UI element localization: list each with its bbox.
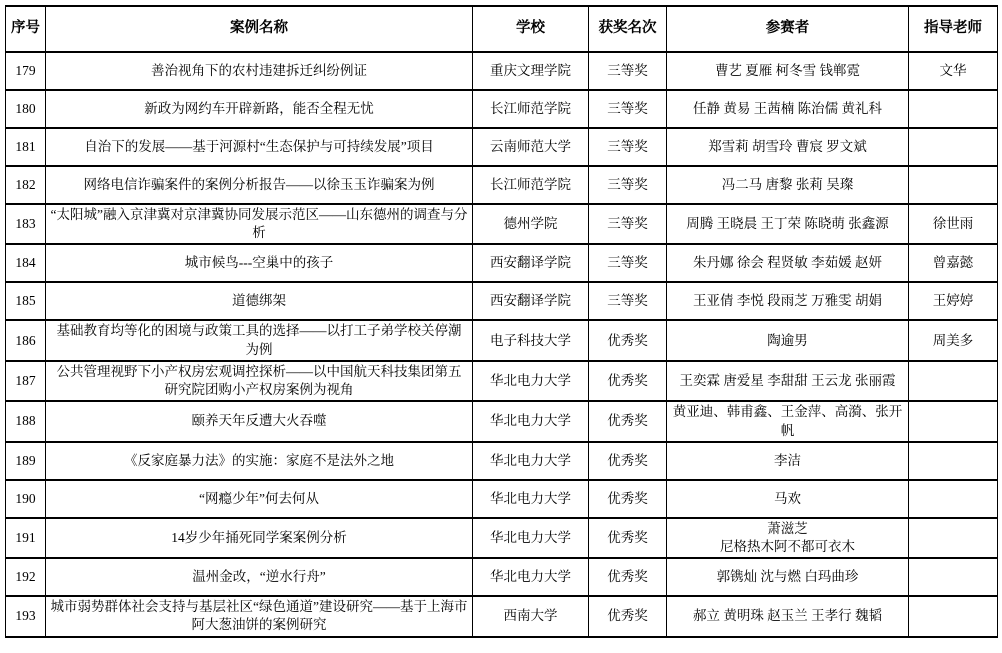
col-header-school: 学校 (473, 6, 589, 52)
cell-school: 电子科技大学 (473, 320, 589, 360)
cell-award: 三等奖 (589, 52, 667, 90)
table-body: 179 善治视角下的农村违建拆迁纠纷例证 重庆文理学院 三等奖 曹艺 夏雁 柯冬… (6, 52, 998, 637)
cell-advisor: 周美多 (909, 320, 998, 360)
table-row: 179 善治视角下的农村违建拆迁纠纷例证 重庆文理学院 三等奖 曹艺 夏雁 柯冬… (6, 52, 998, 90)
cell-award: 优秀奖 (589, 442, 667, 480)
cell-award: 优秀奖 (589, 361, 667, 401)
cell-advisor: 王婷婷 (909, 282, 998, 320)
table-row: 186 基础教育均等化的困境与政策工具的选择——以打工子弟学校关停潮为例 电子科… (6, 320, 998, 360)
cell-case-name: 基础教育均等化的困境与政策工具的选择——以打工子弟学校关停潮为例 (46, 320, 473, 360)
table-row: 184 城市候鸟---空巢中的孩子 西安翻译学院 三等奖 朱丹娜 徐会 程贤敏 … (6, 244, 998, 282)
cell-advisor (909, 128, 998, 166)
cell-advisor (909, 442, 998, 480)
cell-award: 优秀奖 (589, 558, 667, 596)
cell-award: 三等奖 (589, 282, 667, 320)
cell-index: 183 (6, 204, 46, 244)
cell-participants: 任静 黄易 王茜楠 陈治儒 黄礼科 (667, 90, 909, 128)
cell-case-name: 公共管理视野下小产权房宏观调控探析——以中国航天科技集团第五研究院团购小产权房案… (46, 361, 473, 401)
cell-case-name: 自治下的发展——基于河源村“生态保护与可持续发展”项目 (46, 128, 473, 166)
cell-index: 187 (6, 361, 46, 401)
cell-award: 优秀奖 (589, 401, 667, 441)
col-header-case-name: 案例名称 (46, 6, 473, 52)
cell-index: 189 (6, 442, 46, 480)
cell-index: 182 (6, 166, 46, 204)
cell-participants: 周腾 王晓晨 王丁荣 陈晓萌 张鑫源 (667, 204, 909, 244)
table-row: 185 道德绑架 西安翻译学院 三等奖 王亚倩 李悦 段雨芝 万雅雯 胡娟 王婷… (6, 282, 998, 320)
cell-participants: 李洁 (667, 442, 909, 480)
table-row: 180 新政为网约车开辟新路，能否全程无忧 长江师范学院 三等奖 任静 黄易 王… (6, 90, 998, 128)
cell-case-name: 颐养天年反遭大火吞噬 (46, 401, 473, 441)
cell-award: 优秀奖 (589, 480, 667, 518)
cell-index: 186 (6, 320, 46, 360)
cell-index: 190 (6, 480, 46, 518)
cell-school: 云南师范大学 (473, 128, 589, 166)
cell-participants: 郝立 黄明珠 赵玉兰 王孝行 魏韬 (667, 596, 909, 636)
cell-participants: 马欢 (667, 480, 909, 518)
table-row: 189 《反家庭暴力法》的实施：家庭不是法外之地 华北电力大学 优秀奖 李洁 (6, 442, 998, 480)
cell-award: 优秀奖 (589, 518, 667, 558)
col-header-index: 序号 (6, 6, 46, 52)
cell-advisor (909, 166, 998, 204)
cell-index: 191 (6, 518, 46, 558)
cell-participants: 冯二马 唐黎 张莉 吴璨 (667, 166, 909, 204)
cell-index: 184 (6, 244, 46, 282)
cell-case-name: 城市候鸟---空巢中的孩子 (46, 244, 473, 282)
document-page: 序号 案例名称 学校 获奖名次 参赛者 指导老师 179 善治视角下的农村违建拆… (0, 0, 1002, 653)
table-row: 187 公共管理视野下小产权房宏观调控探析——以中国航天科技集团第五研究院团购小… (6, 361, 998, 401)
col-header-award: 获奖名次 (589, 6, 667, 52)
cell-advisor (909, 361, 998, 401)
cell-school: 重庆文理学院 (473, 52, 589, 90)
cell-advisor (909, 401, 998, 441)
cell-advisor: 徐世雨 (909, 204, 998, 244)
cell-award: 优秀奖 (589, 320, 667, 360)
col-header-advisor: 指导老师 (909, 6, 998, 52)
cell-school: 华北电力大学 (473, 558, 589, 596)
cell-school: 华北电力大学 (473, 480, 589, 518)
cell-award: 优秀奖 (589, 596, 667, 636)
cell-index: 193 (6, 596, 46, 636)
cell-award: 三等奖 (589, 128, 667, 166)
cell-participants: 曹艺 夏雁 柯冬雪 钱郸霓 (667, 52, 909, 90)
col-header-participants: 参赛者 (667, 6, 909, 52)
cell-advisor (909, 596, 998, 636)
table-row: 181 自治下的发展——基于河源村“生态保护与可持续发展”项目 云南师范大学 三… (6, 128, 998, 166)
cell-participants: 朱丹娜 徐会 程贤敏 李茹媛 赵妍 (667, 244, 909, 282)
table-row: 191 14岁少年捅死同学案案例分析 华北电力大学 优秀奖 萧滋芝 尼格热木阿不… (6, 518, 998, 558)
cell-award: 三等奖 (589, 166, 667, 204)
cell-advisor: 曾嘉懿 (909, 244, 998, 282)
table-row: 182 网络电信诈骗案件的案例分析报告——以徐玉玉诈骗案为例 长江师范学院 三等… (6, 166, 998, 204)
table-row: 193 城市弱势群体社会支持与基层社区“绿色通道”建设研究——基于上海市阿大葱油… (6, 596, 998, 636)
cell-case-name: 《反家庭暴力法》的实施：家庭不是法外之地 (46, 442, 473, 480)
cell-participants: 郑雪莉 胡雪玲 曹宸 罗文斌 (667, 128, 909, 166)
award-table: 序号 案例名称 学校 获奖名次 参赛者 指导老师 179 善治视角下的农村违建拆… (5, 5, 998, 638)
cell-case-name: 温州金改，“逆水行舟” (46, 558, 473, 596)
cell-advisor: 文华 (909, 52, 998, 90)
cell-index: 192 (6, 558, 46, 596)
cell-school: 西南大学 (473, 596, 589, 636)
table-row: 192 温州金改，“逆水行舟” 华北电力大学 优秀奖 郭镌灿 沈与燃 白玛曲珍 (6, 558, 998, 596)
cell-case-name: 城市弱势群体社会支持与基层社区“绿色通道”建设研究——基于上海市阿大葱油饼的案例… (46, 596, 473, 636)
cell-participants: 郭镌灿 沈与燃 白玛曲珍 (667, 558, 909, 596)
cell-participants: 黄亚迪、韩甫鑫、王金萍、高漪、张开帆 (667, 401, 909, 441)
cell-advisor (909, 90, 998, 128)
cell-award: 三等奖 (589, 244, 667, 282)
cell-index: 188 (6, 401, 46, 441)
table-row: 188 颐养天年反遭大火吞噬 华北电力大学 优秀奖 黄亚迪、韩甫鑫、王金萍、高漪… (6, 401, 998, 441)
cell-index: 181 (6, 128, 46, 166)
table-row: 183 “太阳城”融入京津冀对京津冀协同发展示范区——山东德州的调查与分析 德州… (6, 204, 998, 244)
table-row: 190 “网瘾少年”何去何从 华北电力大学 优秀奖 马欢 (6, 480, 998, 518)
cell-participants: 王亚倩 李悦 段雨芝 万雅雯 胡娟 (667, 282, 909, 320)
cell-case-name: “网瘾少年”何去何从 (46, 480, 473, 518)
cell-participants: 陶逾男 (667, 320, 909, 360)
cell-case-name: 网络电信诈骗案件的案例分析报告——以徐玉玉诈骗案为例 (46, 166, 473, 204)
cell-school: 西安翻译学院 (473, 244, 589, 282)
cell-school: 德州学院 (473, 204, 589, 244)
cell-school: 西安翻译学院 (473, 282, 589, 320)
cell-case-name: 新政为网约车开辟新路，能否全程无忧 (46, 90, 473, 128)
header-row: 序号 案例名称 学校 获奖名次 参赛者 指导老师 (6, 6, 998, 52)
cell-school: 华北电力大学 (473, 401, 589, 441)
cell-school: 华北电力大学 (473, 518, 589, 558)
cell-award: 三等奖 (589, 90, 667, 128)
cell-advisor (909, 518, 998, 558)
cell-participants: 王奕霖 唐爱星 李甜甜 王云龙 张丽霞 (667, 361, 909, 401)
cell-school: 华北电力大学 (473, 361, 589, 401)
cell-case-name: 道德绑架 (46, 282, 473, 320)
cell-participants: 萧滋芝 尼格热木阿不都可衣木 (667, 518, 909, 558)
cell-advisor (909, 480, 998, 518)
cell-index: 179 (6, 52, 46, 90)
cell-award: 三等奖 (589, 204, 667, 244)
cell-index: 180 (6, 90, 46, 128)
cell-school: 华北电力大学 (473, 442, 589, 480)
cell-school: 长江师范学院 (473, 166, 589, 204)
table-header: 序号 案例名称 学校 获奖名次 参赛者 指导老师 (6, 6, 998, 52)
cell-case-name: “太阳城”融入京津冀对京津冀协同发展示范区——山东德州的调查与分析 (46, 204, 473, 244)
cell-school: 长江师范学院 (473, 90, 589, 128)
cell-advisor (909, 558, 998, 596)
cell-case-name: 善治视角下的农村违建拆迁纠纷例证 (46, 52, 473, 90)
cell-index: 185 (6, 282, 46, 320)
cell-case-name: 14岁少年捅死同学案案例分析 (46, 518, 473, 558)
